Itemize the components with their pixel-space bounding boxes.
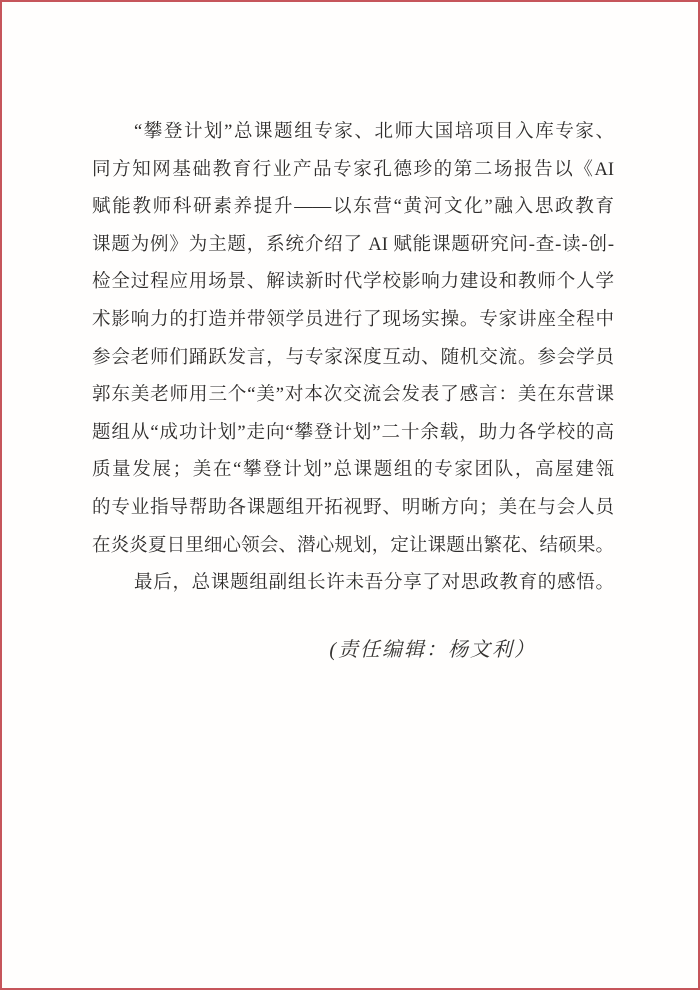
paragraph-line: 参会老师们踊跃发言，与专家深度互动、随机交流。参会学员 [92, 340, 614, 378]
paragraph-line: 课题为例》为主题，系统介绍了 AI 赋能课题研究问-查-读-创- [92, 227, 614, 265]
paragraph-line: 的专业指导帮助各课题组开拓视野、明晰方向；美在与会人员 [92, 490, 614, 528]
editor-credit: (责任编辑：杨文利） [92, 634, 614, 666]
paragraph-line: 赋能教师科研素养提升——以东营“黄河文化”融入思政教育 [92, 189, 614, 227]
paragraph-line: 检全过程应用场景、解读新时代学校影响力建设和教师个人学 [92, 264, 614, 302]
document-page: “攀登计划”总课题组专家、北师大国培项目入库专家、 同方知网基础教育行业产品专家… [0, 0, 700, 990]
paragraph-line: 最后，总课题组副组长许未吾分享了对思政教育的感悟。 [92, 565, 614, 603]
paragraph-line: 题组从“成功计划”走向“攀登计划”二十余载，助力各学校的高 [92, 415, 614, 453]
paragraph-line: 郭东美老师用三个“美”对本次交流会发表了感言：美在东营课 [92, 377, 614, 415]
paragraph-line: 同方知网基础教育行业产品专家孔德珍的第二场报告以《AI [92, 152, 614, 190]
paragraph-line: 术影响力的打造并带领学员进行了现场实操。专家讲座全程中 [92, 302, 614, 340]
paragraph-line: 在炎炎夏日里细心领会、潜心规划，定让课题出繁花、结硕果。 [92, 528, 614, 566]
paragraph-line: 质量发展；美在“攀登计划”总课题组的专家团队，高屋建瓴 [92, 452, 614, 490]
document-body: “攀登计划”总课题组专家、北师大国培项目入库专家、 同方知网基础教育行业产品专家… [92, 114, 614, 666]
paragraph-line: “攀登计划”总课题组专家、北师大国培项目入库专家、 [92, 114, 614, 152]
